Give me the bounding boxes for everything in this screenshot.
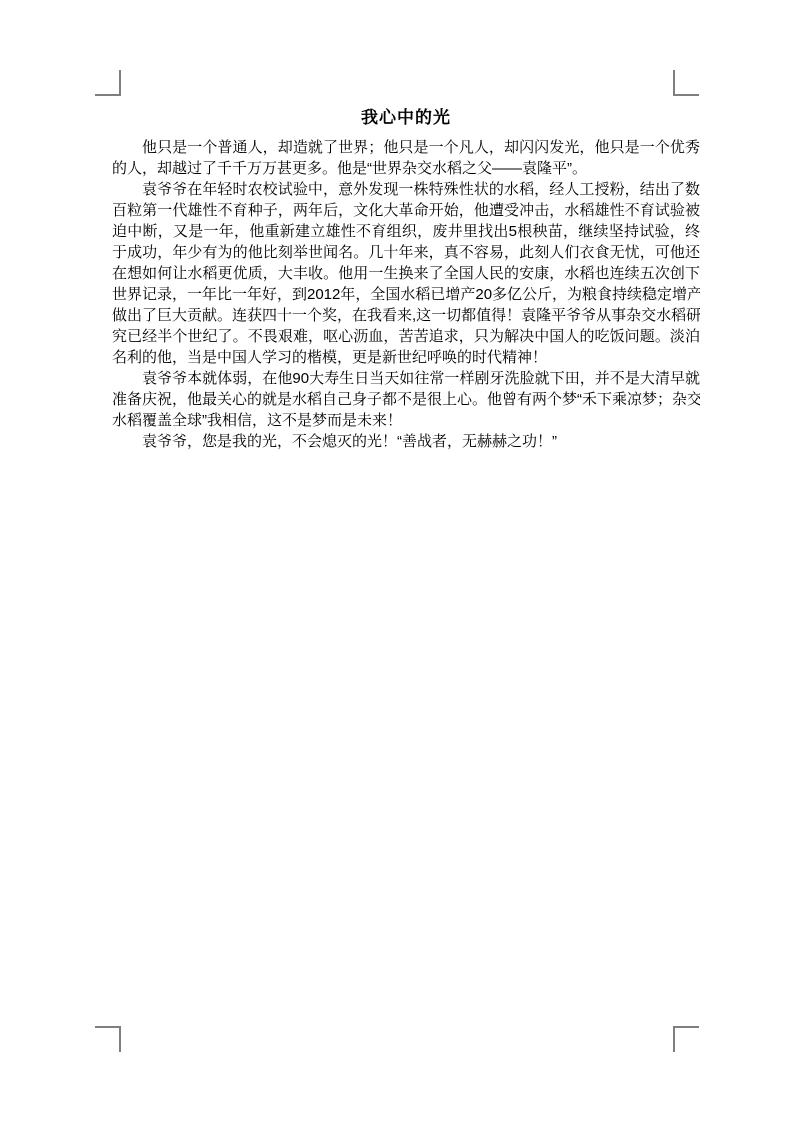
document-page: 我心中的光 他只是一个普通人，却造就了世界；他只是一个凡人，却闪闪发光，他只是一…	[0, 0, 794, 1123]
text-line: 袁爷爷本就体弱，在他90大寿生日当天如往常一样剧牙洗脸就下田，并不是大清早就	[112, 368, 700, 389]
text-line: 水稻覆盖全球”我相信，这不是梦而是未来！	[112, 410, 700, 431]
text-line: 准备庆祝，他最关心的就是水稻自己身子都不是很上心。他曾有两个梦“禾下乘凉梦；杂交	[112, 389, 700, 410]
document-content: 我心中的光 他只是一个普通人，却造就了世界；他只是一个凡人，却闪闪发光，他只是一…	[112, 104, 700, 452]
crop-mark-bottom-left	[95, 1026, 121, 1052]
document-body: 他只是一个普通人，却造就了世界；他只是一个凡人，却闪闪发光，他只是一个优秀 的人…	[112, 137, 700, 452]
text-line: 在想如何让水稻更优质，大丰收。他用一生换来了全国人民的安康，水稻也连续五次创下	[112, 263, 700, 284]
text-line: 名利的他，当是中国人学习的楷模，更是新世纪呼唤的时代精神！	[112, 347, 700, 368]
text-line: 做出了巨大贡献。连获四十一个奖，在我看来,这一切都值得！袁隆平爷爷从事杂交水稻研	[112, 305, 700, 326]
text-line: 袁爷爷，您是我的光，不会熄灭的光！“善战者，无赫赫之功！”	[112, 431, 700, 452]
text-line: 百粒第一代雄性不育种子，两年后，文化大革命开始，他遭受冲击，水稻雄性不育试验被	[112, 200, 700, 221]
crop-mark-bottom-right	[673, 1026, 699, 1052]
text-line: 迫中断，又是一年，他重新建立雄性不育组织，废井里找出5根秧苗，继续坚持试验，终	[112, 221, 700, 242]
crop-mark-top-left	[95, 70, 121, 96]
crop-mark-top-right	[673, 70, 699, 96]
text-line: 世界记录，一年比一年好，到2012年，全国水稻已增产20多亿公斤，为粮食持续稳定…	[112, 284, 700, 305]
text-line: 于成功，年少有为的他比刻举世闻名。几十年来，真不容易，此刻人们衣食无忧，可他还	[112, 242, 700, 263]
text-line: 究已经半个世纪了。不畏艰难，呕心沥血，苦苦追求，只为解决中国人的吃饭问题。淡泊	[112, 326, 700, 347]
document-title: 我心中的光	[112, 104, 700, 131]
text-line: 他只是一个普通人，却造就了世界；他只是一个凡人，却闪闪发光，他只是一个优秀	[112, 137, 700, 158]
text-line: 的人，却越过了千千万万甚更多。他是“世界杂交水稻之父——袁隆平”。	[112, 158, 700, 179]
text-line: 袁爷爷在年轻时农校试验中，意外发现一株特殊性状的水稻，经人工授粉，结出了数	[112, 179, 700, 200]
